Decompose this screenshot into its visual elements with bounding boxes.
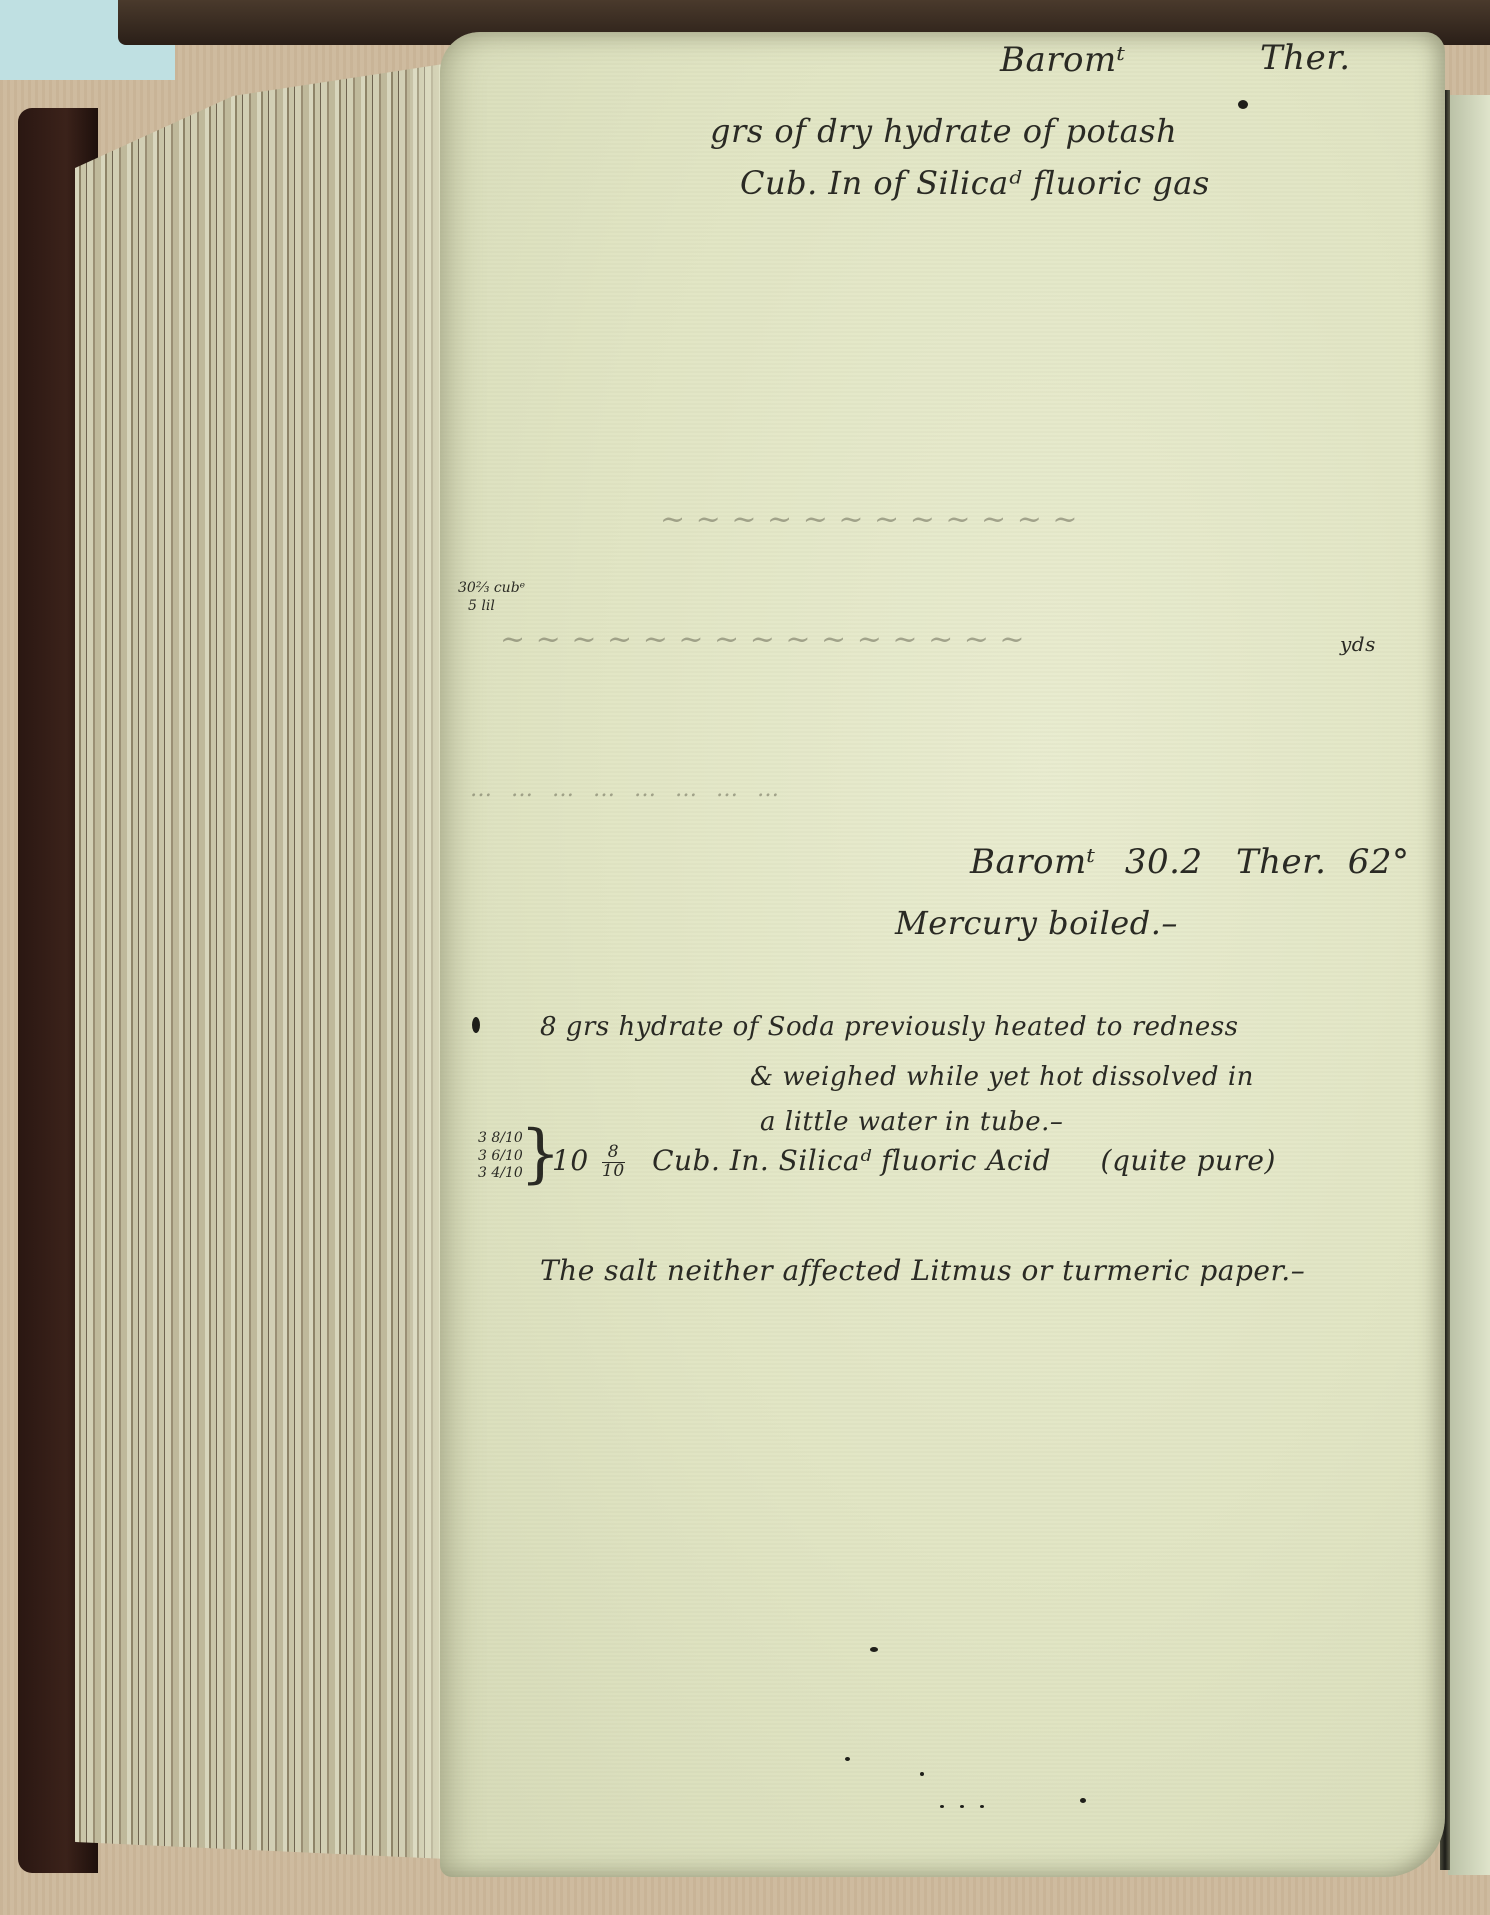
entry-2-note: Mercury boiled.– [895, 904, 1178, 942]
facing-page-edge [1448, 95, 1490, 1875]
entry-2-quantity-line: 10 8 10 Cub. In. Silicaᵈ fluoric Acid (q… [552, 1144, 1276, 1181]
quantity-fraction: 8 10 [602, 1144, 625, 1181]
entry-2-line-2: & weighed while yet hot dissolved in [750, 1062, 1254, 1092]
entry-1-line-2: Cub. In of Silicaᵈ fluoric gas [740, 164, 1210, 202]
ink-spot [980, 1805, 984, 1808]
entry-2-line-3: a little water in tube.– [760, 1107, 1063, 1137]
page-fore-edge [75, 60, 470, 1860]
header-thermometer-label: Ther. [1260, 38, 1351, 78]
notebook-page: Baromᵗ Ther. grs of dry hydrate of potas… [440, 32, 1445, 1877]
ink-spot [1080, 1798, 1086, 1803]
entry-2-line-1: 8 grs hydrate of Soda previously heated … [540, 1012, 1239, 1042]
entry-2-conditions: Baromᵗ 30.2 Ther. 62° [970, 842, 1410, 882]
entry-2-line-5: The salt neither affected Litmus or turm… [540, 1254, 1305, 1287]
margin-note-1: 30⅔ cubᵉ 5 lil [458, 580, 525, 615]
ink-spot [845, 1757, 850, 1761]
margin-values: 3 8/10 3 6/10 3 4/10 [478, 1130, 523, 1183]
ink-spot [940, 1805, 944, 1808]
ink-spot [870, 1647, 878, 1652]
entry-1-line-1: grs of dry hydrate of potash [710, 112, 1177, 150]
header-barometer-label: Baromᵗ [1000, 40, 1126, 80]
ink-spot [960, 1805, 964, 1808]
ink-spot [472, 1017, 480, 1033]
ink-spot [1238, 100, 1248, 109]
margin-note-right: yds [1340, 632, 1376, 656]
faint-dotted-line: … … … … … … … … [470, 777, 785, 802]
ink-spot [920, 1772, 924, 1776]
